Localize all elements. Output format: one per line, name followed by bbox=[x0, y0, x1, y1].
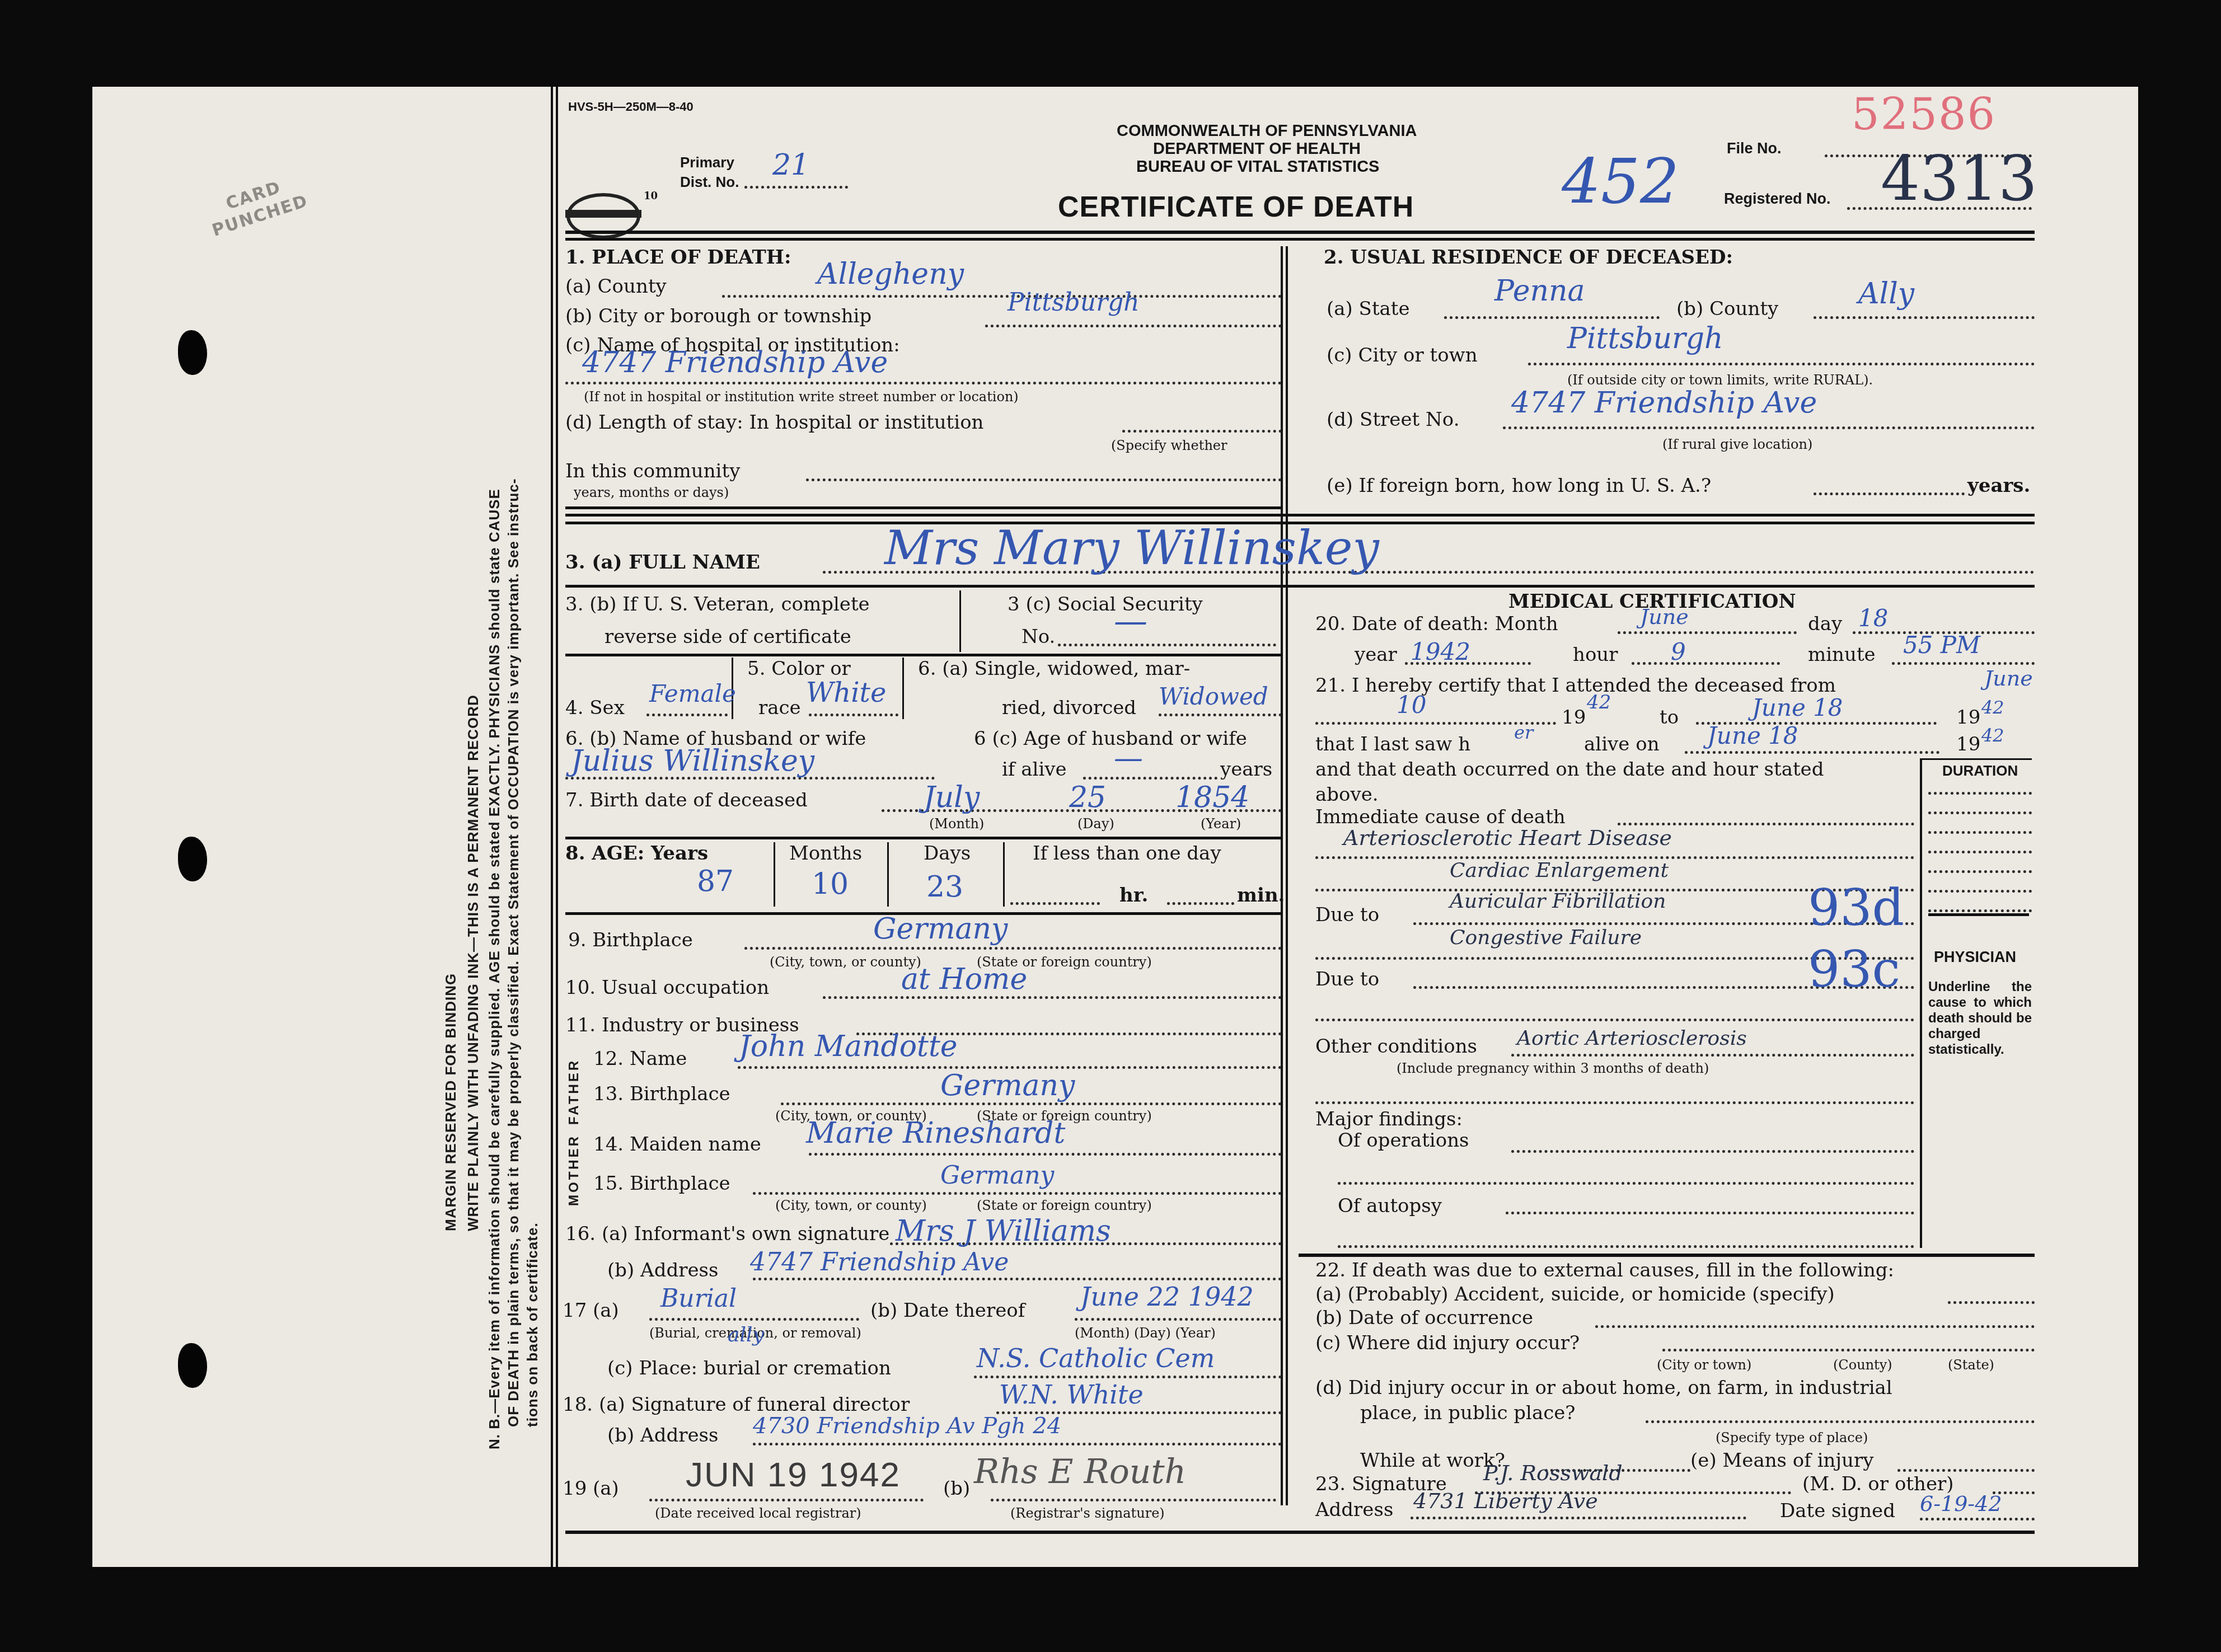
director-value: W.N. White bbox=[999, 1379, 1144, 1410]
physician-heading: PHYSICIAN bbox=[1934, 949, 2016, 966]
mother-state-hint: (State or foreign country) bbox=[977, 1198, 1152, 1213]
birth-day-value: 25 bbox=[1069, 781, 1106, 814]
margin-note-line3: tions on back of certificate. bbox=[524, 1222, 541, 1427]
duration-heading: DURATION bbox=[1942, 762, 2018, 780]
ssn-rule bbox=[565, 654, 1282, 656]
attended-to-date: June 18 bbox=[1752, 694, 1843, 721]
date-signed-label: Date signed bbox=[1780, 1500, 1895, 1522]
race-label: race bbox=[758, 697, 801, 719]
death-month-value: June bbox=[1640, 604, 1689, 629]
res-county-label: (b) County bbox=[1676, 298, 1778, 320]
birthplace-value: Germany bbox=[873, 912, 1008, 946]
mother-city-hint: (City, town, or county) bbox=[775, 1198, 927, 1213]
mother-maiden-value: Marie Rineshardt bbox=[806, 1116, 1065, 1150]
marital-label-1: 6. (a) Single, widowed, mar- bbox=[918, 658, 1190, 680]
race-divider bbox=[902, 658, 904, 719]
res-state-value: Penna bbox=[1494, 274, 1585, 308]
pod-stay-label: (d) Length of stay: In hospital or insti… bbox=[565, 411, 984, 434]
autopsy-label: Of autopsy bbox=[1338, 1195, 1442, 1217]
res-street-hint: (If rural give location) bbox=[1662, 437, 1812, 452]
header-commonwealth: COMMONWEALTH OF PENNSYLVANIA bbox=[1117, 122, 1417, 140]
place-of-death-heading: 1. PLACE OF DEATH: bbox=[565, 246, 791, 269]
death-month-label: 20. Date of death: Month bbox=[1315, 613, 1558, 635]
death-minute-label: minute bbox=[1808, 644, 1876, 666]
death-hour-value: 9 bbox=[1671, 638, 1686, 665]
informant-address-label: (b) Address bbox=[607, 1259, 718, 1282]
birth-year-value: 1854 bbox=[1175, 781, 1249, 814]
last-saw-suffix: er bbox=[1514, 722, 1533, 743]
director-address-label: (b) Address bbox=[607, 1424, 718, 1447]
spouse-age-suffix: years bbox=[1220, 758, 1272, 781]
certify-label: 21. I hereby certify that I attended the… bbox=[1315, 674, 1836, 697]
registrar-date-hint: (Date received local registrar) bbox=[655, 1505, 861, 1521]
father-birthplace-label: 13. Birthplace bbox=[593, 1083, 730, 1105]
immediate-cause-label: Immediate cause of death bbox=[1315, 806, 1566, 828]
residence-heading: 2. USUAL RESIDENCE OF DECEASED: bbox=[1324, 246, 1733, 269]
spouse-age-value: — bbox=[1114, 741, 1143, 775]
marital-label-2: ried, divorced bbox=[1002, 697, 1136, 719]
full-name-label: 3. (a) FULL NAME bbox=[565, 551, 760, 574]
birth-rule bbox=[565, 837, 1282, 839]
last-saw-label: that I last saw h bbox=[1315, 733, 1470, 755]
res-city-field[interactable] bbox=[1528, 363, 2035, 365]
stamp-number: 52586 bbox=[1852, 90, 1996, 140]
registrar-signature: Rhs E Routh bbox=[974, 1452, 1186, 1491]
informant-address-field[interactable] bbox=[753, 1278, 1282, 1280]
age-hr-field[interactable] bbox=[1010, 902, 1100, 905]
date-signed-value: 6-19-42 bbox=[1920, 1491, 2002, 1516]
birthplace-city-hint: (City, town, or county) bbox=[770, 954, 921, 970]
sex-label: 4. Sex bbox=[565, 697, 625, 719]
pod-county-label: (a) County bbox=[565, 275, 667, 298]
death-hour-field[interactable] bbox=[1632, 662, 1780, 665]
external-d-field[interactable] bbox=[1646, 1420, 2035, 1423]
frame-left-line-2 bbox=[556, 87, 558, 1567]
age-years-value: 87 bbox=[697, 865, 734, 898]
pod-city-value: Pittsburgh bbox=[1008, 288, 1140, 317]
section-rule-2 bbox=[565, 514, 2035, 517]
due-to-value-1: Auricular Fibrillation bbox=[1450, 890, 1666, 913]
header-department: DEPARTMENT OF HEALTH bbox=[1153, 140, 1361, 158]
dist-no-value: 21 bbox=[772, 148, 809, 182]
external-c-hint-city: (City or town) bbox=[1657, 1357, 1751, 1373]
cause-code-2: 93c bbox=[1808, 940, 1900, 999]
physician-address-value: 4731 Liberty Ave bbox=[1413, 1489, 1598, 1513]
father-birthplace-value: Germany bbox=[940, 1069, 1075, 1102]
alive-year: 42 bbox=[1981, 725, 2004, 746]
header-rule-1 bbox=[565, 231, 2035, 234]
autopsy-field[interactable] bbox=[1506, 1212, 1914, 1214]
margin-note-line1: N. B.—Every item of information should b… bbox=[486, 489, 503, 1449]
age-divider-1 bbox=[774, 842, 775, 907]
burial-place-note: ally bbox=[728, 1324, 764, 1346]
seal-superscript: 10 bbox=[644, 190, 658, 202]
ssn-label-2: No. bbox=[1022, 626, 1055, 648]
attended-to-year: 42 bbox=[1981, 697, 2004, 718]
birth-month-hint: (Month) bbox=[929, 816, 984, 832]
duration-line-6[interactable] bbox=[1928, 890, 2032, 893]
res-county-value: Ally bbox=[1858, 277, 1914, 311]
attended-from-month: June bbox=[1984, 666, 2033, 691]
pod-community-hint: years, months or days) bbox=[574, 485, 729, 500]
ssn-field[interactable] bbox=[1058, 644, 1276, 646]
binding-hole-middle bbox=[178, 837, 207, 881]
mother-birthplace-field[interactable] bbox=[753, 1192, 1282, 1195]
pod-community-field[interactable] bbox=[806, 478, 1282, 481]
margin-note-line2: OF DEATH in plain terms, so that it may … bbox=[505, 478, 522, 1427]
death-minute-value: 55 PM bbox=[1903, 631, 1980, 659]
external-d-hint: (Specify type of place) bbox=[1716, 1430, 1868, 1445]
age-divider-3 bbox=[1003, 842, 1005, 907]
external-d-label-2: place, in public place? bbox=[1360, 1402, 1576, 1424]
above-label: above. bbox=[1315, 783, 1379, 806]
age-years-label: 8. AGE: Years bbox=[565, 842, 708, 865]
disposition-date-field[interactable] bbox=[1075, 1318, 1282, 1321]
informant-label: 16. (a) Informant's own signature bbox=[565, 1223, 889, 1245]
sex-value: Female bbox=[649, 680, 736, 707]
external-e-field[interactable] bbox=[1897, 1469, 2035, 1472]
column-divider-2 bbox=[1286, 246, 1288, 1505]
registrar-date-field[interactable] bbox=[649, 1499, 924, 1501]
director-label: 18. (a) Signature of funeral director bbox=[563, 1393, 910, 1416]
father-birthplace-field[interactable] bbox=[781, 1102, 1282, 1105]
full-name-value: Mrs Mary Willinskey bbox=[884, 520, 1379, 575]
race-field[interactable] bbox=[809, 714, 898, 716]
cause-line-7[interactable] bbox=[1315, 1019, 1914, 1021]
physician-note: Underline the cause to which death shoul… bbox=[1928, 979, 2032, 1058]
pod-stay-field[interactable] bbox=[1122, 430, 1282, 433]
res-city-label: (c) City or town bbox=[1327, 344, 1478, 367]
date-signed-field[interactable] bbox=[1920, 1518, 2035, 1520]
duration-top-rule bbox=[1920, 758, 2032, 760]
occupation-label: 10. Usual occupation bbox=[565, 977, 769, 999]
cause-code-1: 93d bbox=[1808, 879, 1904, 937]
disposition-date-label: (b) Date thereof bbox=[870, 1299, 1025, 1322]
res-state-label: (a) State bbox=[1327, 298, 1410, 320]
res-city-hint: (If outside city or town limits, write R… bbox=[1567, 372, 1873, 388]
duration-line-3[interactable] bbox=[1928, 831, 2032, 834]
attended-from-year: 42 bbox=[1587, 691, 1611, 714]
certificate-title: CERTIFICATE OF DEATH bbox=[1058, 190, 1414, 224]
spouse-age-label-1: 6 (c) Age of husband or wife bbox=[974, 728, 1247, 750]
age-months-value: 10 bbox=[812, 867, 849, 901]
birth-date-label: 7. Birth date of deceased bbox=[565, 789, 808, 811]
birth-year-hint: (Year) bbox=[1201, 816, 1241, 832]
mother-birthplace-label: 15. Birthplace bbox=[593, 1172, 730, 1195]
disposition-value: Burial bbox=[660, 1284, 737, 1313]
external-d-label-1: (d) Did injury occur in or about home, o… bbox=[1315, 1377, 1892, 1399]
pod-county-value: Allegheny bbox=[817, 257, 964, 291]
pod-county-field[interactable] bbox=[722, 295, 1282, 298]
registrar-sig-label: (b) bbox=[943, 1477, 970, 1500]
death-month-field[interactable] bbox=[1618, 631, 1797, 634]
occurred-label: and that death occurred on the date and … bbox=[1315, 758, 1824, 781]
pod-hospital-value: 4747 Friendship Ave bbox=[582, 346, 888, 379]
father-tag: FATHER bbox=[566, 1059, 582, 1125]
operations-field-2[interactable] bbox=[1338, 1182, 1914, 1185]
disposition-date-value: June 22 1942 bbox=[1080, 1282, 1254, 1312]
death-day-label: day bbox=[1808, 613, 1842, 635]
external-e-label: (e) Means of injury bbox=[1690, 1449, 1873, 1472]
birthplace-label: 9. Birthplace bbox=[568, 929, 693, 951]
res-state-field[interactable] bbox=[1444, 316, 1660, 319]
sex-field[interactable] bbox=[646, 714, 728, 716]
column-divider-1 bbox=[1281, 246, 1283, 1505]
duration-line-4[interactable] bbox=[1928, 851, 2032, 853]
veteran-divider bbox=[959, 590, 961, 652]
binding-hole-bottom bbox=[178, 1343, 207, 1388]
pod-community-label: In this community bbox=[565, 460, 740, 482]
marital-field[interactable] bbox=[1159, 714, 1282, 716]
veteran-label-2: reverse side of certificate bbox=[605, 626, 851, 648]
dist-no-line bbox=[744, 186, 848, 189]
spouse-age-field[interactable] bbox=[1083, 777, 1217, 780]
other-conditions-hint: (Include pregnancy within 3 months of de… bbox=[1397, 1060, 1709, 1076]
death-year-label: year bbox=[1355, 644, 1397, 666]
external-c-hint-state: (State) bbox=[1948, 1357, 1994, 1373]
burial-place-value: N.S. Catholic Cem bbox=[977, 1343, 1215, 1373]
operations-label: Of operations bbox=[1338, 1129, 1469, 1152]
header-rule-2 bbox=[565, 238, 2035, 241]
alive-on-value: June 18 bbox=[1707, 722, 1798, 749]
major-findings-label: Major findings: bbox=[1315, 1108, 1463, 1130]
name-rule bbox=[565, 585, 2035, 588]
res-street-label: (d) Street No. bbox=[1327, 409, 1459, 431]
age-min-field[interactable] bbox=[1167, 902, 1234, 905]
veteran-label-1: 3. (b) If U. S. Veteran, complete bbox=[565, 593, 870, 616]
findings-line[interactable] bbox=[1315, 1101, 1914, 1104]
race-value: White bbox=[806, 677, 886, 708]
birth-day-hint: (Day) bbox=[1077, 816, 1114, 832]
occupation-field[interactable] bbox=[823, 996, 1282, 999]
physician-address-label: Address bbox=[1315, 1499, 1393, 1521]
duration-line-2[interactable] bbox=[1928, 811, 2032, 814]
marital-value: Widowed bbox=[1159, 683, 1268, 710]
age-days-value: 23 bbox=[926, 870, 963, 904]
mother-maiden-label: 14. Maiden name bbox=[593, 1133, 761, 1156]
death-hour-label: hour bbox=[1573, 644, 1618, 666]
registrar-sig-field[interactable] bbox=[991, 1499, 1276, 1501]
external-c-label: (c) Where did injury occur? bbox=[1315, 1332, 1580, 1354]
attended-to-year-prefix: 19 bbox=[1956, 706, 1980, 729]
mother-tag: MOTHER bbox=[566, 1134, 582, 1206]
age-days-label: Days bbox=[924, 842, 971, 865]
pod-hospital-hint: (If not in hospital or institution write… bbox=[584, 389, 1019, 405]
death-year-value: 1942 bbox=[1411, 638, 1470, 665]
duration-line-7[interactable] bbox=[1928, 909, 2032, 912]
external-a-field[interactable] bbox=[1948, 1301, 2035, 1304]
header-bureau: BUREAU OF VITAL STATISTICS bbox=[1136, 158, 1379, 176]
ssn-value: — bbox=[1114, 602, 1147, 641]
primary-label: Primary bbox=[680, 154, 734, 171]
attended-from-year-prefix: 19 bbox=[1562, 706, 1586, 729]
director-address-field[interactable] bbox=[753, 1443, 1282, 1445]
external-c-hint-county: (County) bbox=[1833, 1357, 1892, 1373]
margin-write-plainly-text: WRITE PLAINLY WITH UNFADING INK—THIS IS … bbox=[465, 694, 482, 1231]
frame-left-line-1 bbox=[551, 87, 553, 1567]
file-no-label: File No. bbox=[1727, 140, 1782, 157]
burial-place-label: (c) Place: burial or cremation bbox=[607, 1357, 891, 1379]
other-conditions-field[interactable] bbox=[1511, 1054, 1914, 1057]
res-foreign-label: (e) If foreign born, how long in U. S. A… bbox=[1327, 475, 1711, 497]
dist-no-label: Dist. No. bbox=[680, 173, 739, 191]
section-rule-1 bbox=[565, 506, 1282, 509]
birthplace-field[interactable] bbox=[744, 947, 1282, 950]
age-hr-label: hr. bbox=[1119, 884, 1148, 907]
mother-birthplace-value: Germany bbox=[940, 1161, 1054, 1190]
occupation-value: at Home bbox=[901, 963, 1027, 996]
due-to-label-2: Due to bbox=[1315, 968, 1379, 991]
res-foreign-field[interactable] bbox=[1814, 492, 1965, 495]
registrar-date-stamp: JUN 19 1942 bbox=[686, 1455, 901, 1495]
external-heading: 22. If death was due to external causes,… bbox=[1315, 1259, 1894, 1282]
bottom-rule bbox=[565, 1531, 2035, 1534]
disposition-date-hint: (Month) (Day) (Year) bbox=[1075, 1325, 1216, 1341]
spouse-age-label-2: if alive bbox=[1002, 758, 1067, 781]
registered-no-value: 4313 bbox=[1881, 143, 2037, 214]
informant-address-value: 4747 Friendship Ave bbox=[750, 1248, 1009, 1276]
attended-to-label: to bbox=[1660, 706, 1679, 729]
other-conditions-value: Aortic Arteriosclerosis bbox=[1517, 1027, 1747, 1050]
age-less-label: If less than one day bbox=[1033, 842, 1221, 865]
father-name-label: 12. Name bbox=[593, 1048, 687, 1070]
disposition-label: 17 (a) bbox=[563, 1299, 619, 1322]
death-day-value: 18 bbox=[1858, 604, 1888, 632]
pod-city-label: (b) City or borough or township bbox=[565, 305, 871, 327]
operations-field[interactable] bbox=[1511, 1150, 1914, 1153]
external-b-label: (b) Date of occurrence bbox=[1315, 1307, 1533, 1329]
physician-address-field[interactable] bbox=[1411, 1517, 1746, 1519]
immediate-cause-value: Arteriosclerotic Heart Disease bbox=[1343, 825, 1672, 850]
registered-no-label: Registered No. bbox=[1724, 190, 1831, 208]
pod-city-field[interactable] bbox=[985, 325, 1282, 327]
pod-hospital-field[interactable] bbox=[565, 382, 1282, 384]
director-address-value: 4730 Friendship Av Pgh 24 bbox=[753, 1413, 1061, 1439]
ssn-label-1: 3 (c) Social Security bbox=[1008, 593, 1203, 616]
color-label-1: 5. Color or bbox=[747, 658, 851, 680]
registrar-sig-hint: (Registrar's signature) bbox=[1010, 1505, 1165, 1521]
mother-maiden-field[interactable] bbox=[809, 1153, 1282, 1156]
form-code: HVS-5H—250M—8-40 bbox=[568, 100, 694, 114]
attended-from-day: 10 bbox=[1397, 691, 1426, 719]
due-to-label-1: Due to bbox=[1315, 904, 1379, 926]
age-months-label: Months bbox=[789, 842, 862, 865]
pod-specify-hint: (Specify whether bbox=[1111, 438, 1227, 453]
physician-signature: P.J. Rosswald bbox=[1483, 1461, 1623, 1485]
due-to-value-1b: Congestive Failure bbox=[1450, 926, 1642, 949]
alive-on-field[interactable] bbox=[1685, 751, 1939, 754]
cause-line-2-value: Cardiac Enlargement bbox=[1450, 859, 1669, 882]
father-name-value: John Mandotte bbox=[739, 1030, 958, 1063]
alive-year-prefix: 19 bbox=[1956, 733, 1980, 755]
external-a-label: (a) (Probably) Accident, suicide, or hom… bbox=[1315, 1283, 1835, 1306]
age-min-label: min. bbox=[1237, 884, 1285, 907]
birth-month-value: July bbox=[924, 781, 980, 814]
disposition-field[interactable] bbox=[649, 1318, 859, 1321]
binding-hole-top bbox=[178, 330, 207, 375]
burial-place-field[interactable] bbox=[974, 1376, 1282, 1378]
res-city-value: Pittsburgh bbox=[1567, 322, 1723, 355]
age-divider-2 bbox=[887, 842, 889, 907]
duration-divider bbox=[1920, 758, 1922, 1248]
external-c-field[interactable] bbox=[1662, 1349, 2035, 1351]
registrar-date-label: 19 (a) bbox=[563, 1477, 619, 1500]
res-foreign-suffix: years. bbox=[1967, 475, 2030, 497]
res-street-field[interactable] bbox=[1503, 426, 2035, 429]
external-b-field[interactable] bbox=[1595, 1325, 2035, 1328]
informant-value: Mrs J Williams bbox=[896, 1214, 1111, 1248]
res-street-value: 4747 Friendship Ave bbox=[1511, 386, 1817, 420]
duration-bottom-rule bbox=[1928, 913, 2029, 916]
spouse-value: Julius Willinskey bbox=[571, 744, 814, 778]
duration-line-5[interactable] bbox=[1928, 870, 2032, 873]
death-minute-field[interactable] bbox=[1892, 662, 2035, 665]
margin-binding-text: MARGIN RESERVED FOR BINDING bbox=[442, 973, 460, 1231]
alive-on-label: alive on bbox=[1584, 733, 1660, 755]
res-county-field[interactable] bbox=[1814, 316, 2035, 319]
medical-bottom-rule bbox=[1299, 1254, 2035, 1257]
autopsy-field-2[interactable] bbox=[1338, 1245, 1914, 1248]
duration-line-1[interactable] bbox=[1928, 792, 2032, 795]
other-conditions-label: Other conditions bbox=[1315, 1035, 1477, 1058]
handwritten-file-number: 452 bbox=[1562, 146, 1679, 217]
